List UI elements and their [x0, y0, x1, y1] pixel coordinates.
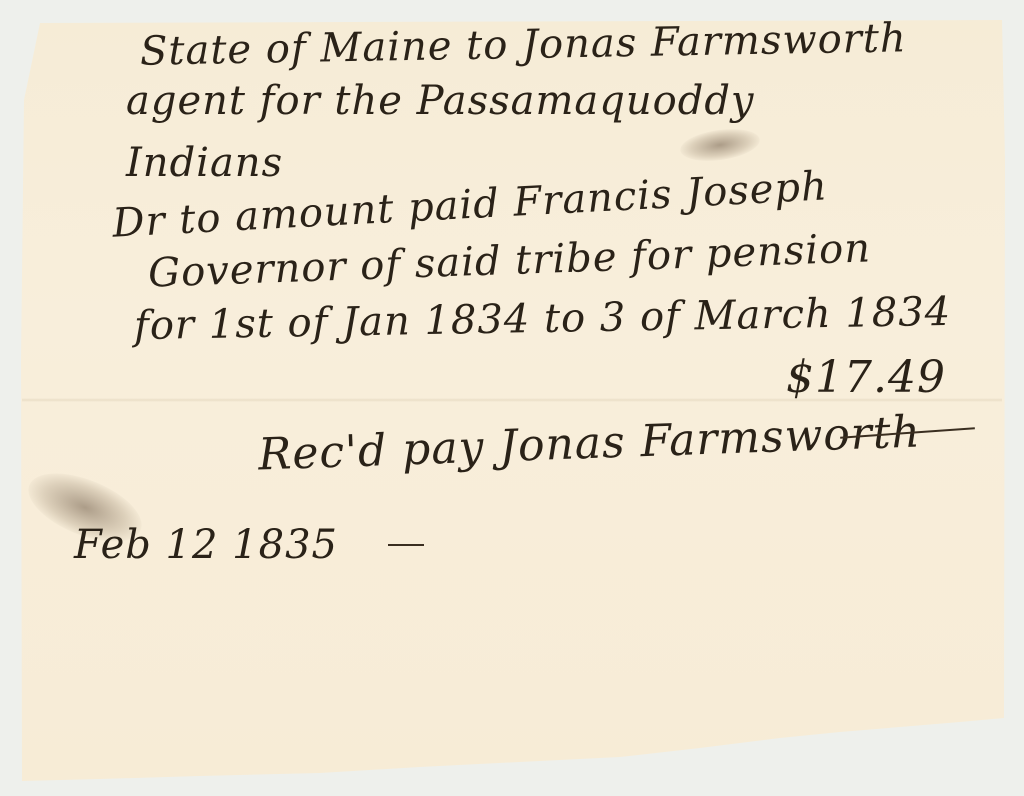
amount: $17.49 [786, 352, 946, 403]
tribe-line: Indians [126, 140, 283, 186]
document-scene: State of Maine to Jonas Farmsworth agent… [0, 0, 1024, 796]
date-dash [388, 544, 424, 546]
date-line: Feb 12 1835 [74, 522, 338, 568]
agent-line: agent for the Passamaquoddy [126, 78, 755, 124]
